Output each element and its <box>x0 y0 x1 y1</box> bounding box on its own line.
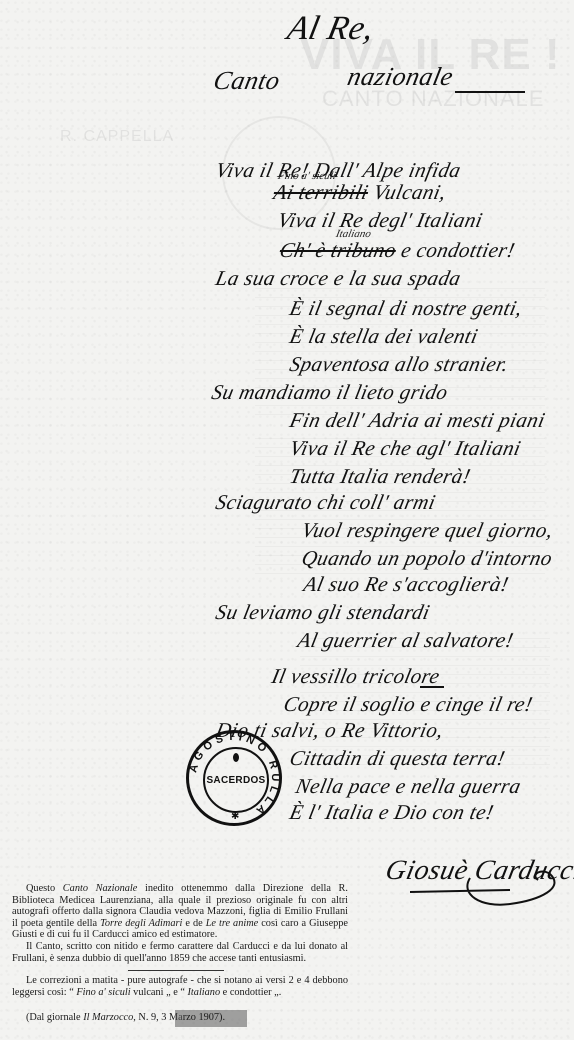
verse-line-3: Viva il Re degl' Italiani <box>275 208 485 233</box>
caption-italic: Italiano <box>188 987 221 998</box>
verse-text: Vulcani, <box>366 180 449 204</box>
verse-line-10: Fin dell' Adria ai mesti piani <box>287 408 547 433</box>
verse-line-16: Al suo Re s'accoglierà! <box>301 572 511 597</box>
caption-italic: Le tre anime <box>206 918 259 929</box>
caption-italic: Canto Nazionale <box>63 883 138 894</box>
verse-line-15: Quando un popolo d'intorno <box>299 546 554 571</box>
verse-line-19: Il vessillo tricolore <box>269 664 442 689</box>
verse-line-14: Vuol respingere quel giorno, <box>299 518 555 543</box>
verse-line-5: La sua croce e la sua spada <box>213 266 463 291</box>
caption-text: vulcani „ e “ <box>131 987 188 998</box>
manuscript-title: Al Re, <box>284 10 378 48</box>
caption-italic: Fino a' siculi <box>76 987 130 998</box>
signature-flourish <box>400 860 570 910</box>
verse-line-8: Spaventosa allo stranier. <box>287 352 511 377</box>
caption-italic: Torre degli Adimari <box>100 918 182 929</box>
verse-line-23: Nella pace e nella guerra <box>293 774 523 799</box>
verse-line-2: Ai terribili Vulcani, <box>271 180 448 205</box>
caption-paragraph-1: Questo Canto Nazionale inedito ottenemmo… <box>12 883 348 964</box>
ghost-print-left-heading: R. CAPPELLA <box>60 128 174 146</box>
source-highlighted-date: rzo 1907). <box>175 1010 247 1027</box>
verse-line-22: Cittadin di questa terra! <box>287 746 507 771</box>
manuscript-subtitle-right: nazionale <box>345 62 456 92</box>
caption-source: (Dal giornale Il Marzocco, N. 9, 3 Marzo… <box>26 1012 247 1023</box>
caption-text: e de <box>182 918 205 929</box>
verse-text: e condottier! <box>393 238 517 262</box>
stamp-dot-icon <box>233 753 239 762</box>
verse-line-4: Ch' è tribuno e condottier! <box>277 238 517 263</box>
verse-line-17: Su leviamo gli stendardi <box>213 600 432 625</box>
verse-line-12: Tutta Italia renderà! <box>287 464 473 489</box>
caption-divider <box>128 970 224 971</box>
verse-line-24: È l' Italia e Dio con te! <box>287 800 496 825</box>
rubber-stamp: AGOSTINO RULLA SACERDOS ✱ <box>186 730 282 826</box>
verse-line-7: È la stella dei valenti <box>287 324 480 349</box>
verse-line-13: Sciagurato chi coll' armi <box>213 490 438 515</box>
line-flourish <box>420 686 444 688</box>
source-journal: Il Marzocco <box>83 1012 133 1023</box>
manuscript-subtitle-left: Canto <box>211 66 283 96</box>
verse-line-9: Su mandiamo il lieto grido <box>209 380 450 405</box>
subtitle-flourish <box>455 91 525 93</box>
caption-paragraph-2: Il Canto, scritto con nitido e fermo car… <box>12 941 348 964</box>
manuscript-page: VIVA IL RE ! CANTO NAZIONALE R. CAPPELLA… <box>0 0 574 1040</box>
stamp-center-label: SACERDOS <box>206 775 265 786</box>
struck-text: Ch' è tribuno <box>278 238 399 262</box>
verse-line-20: Copre il soglio e cinge il re! <box>281 692 535 717</box>
caption-paragraph-3: Le correzioni a matita - pure autografe … <box>12 975 348 998</box>
struck-text: Ai terribili <box>272 180 371 204</box>
source-text: (Dal giornale <box>26 1012 83 1023</box>
caption-text: e condottier „. <box>220 987 281 998</box>
caption-text: Questo <box>26 883 63 894</box>
verse-line-6: È il segnal di nostre genti, <box>287 296 524 321</box>
verse-line-18: Al guerrier al salvatore! <box>295 628 515 653</box>
verse-line-11: Viva il Re che agl' Italiani <box>287 436 523 461</box>
star-icon: ✱ <box>231 812 239 822</box>
